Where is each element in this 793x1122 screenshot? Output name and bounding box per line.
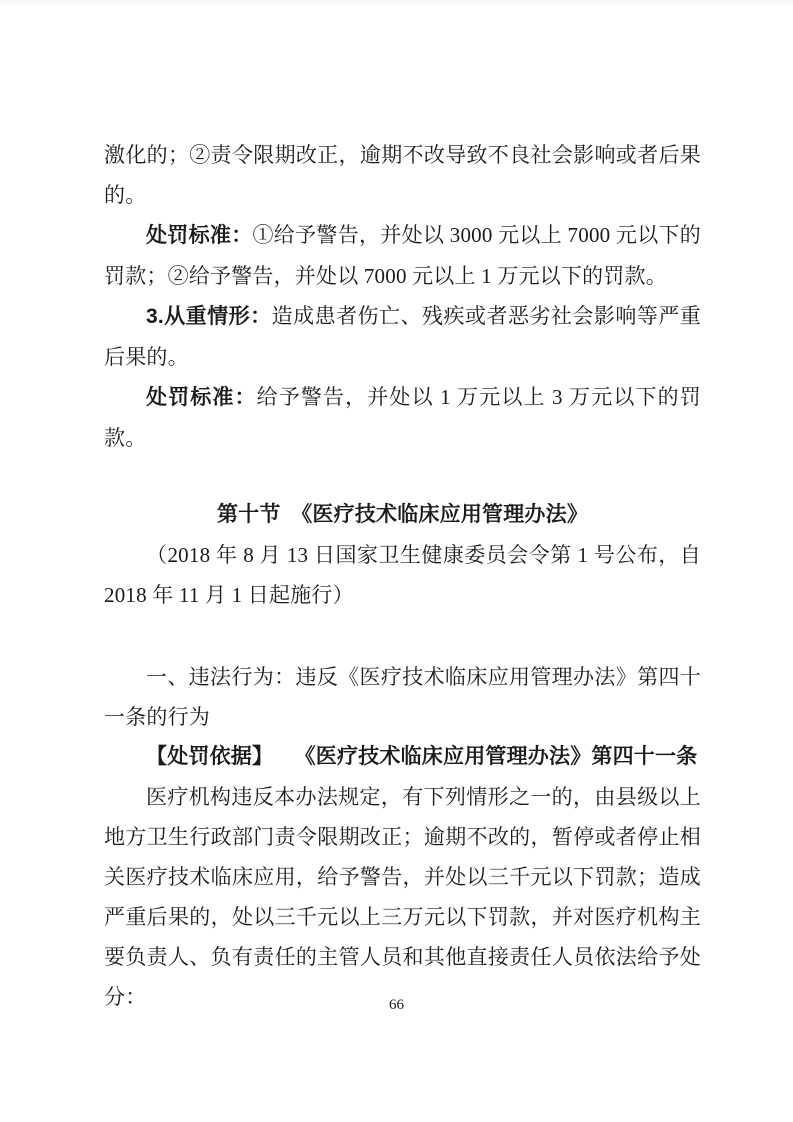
paragraph-promulgation-note: （2018 年 8 月 13 日国家卫生健康委员会令第 1 号公布，自 2018… <box>104 535 701 615</box>
section-heading: 第十节 《医疗技术临床应用管理办法》 <box>104 495 701 535</box>
paragraph-penalty-basis: 【处罚依据】 《医疗技术临床应用管理办法》第四十一条 <box>104 737 701 777</box>
document-content: 激化的；②责令限期改正，逾期不改导致不良社会影响或者后果的。 处罚标准：①给予警… <box>104 135 701 1017</box>
paragraph-aggravating-circumstance: 3.从重情形：造成患者伤亡、残疾或者恶劣社会影响等严重后果的。 <box>104 296 701 377</box>
paragraph-legal-provision: 医疗机构违反本办法规定，有下列情形之一的，由县级以上地方卫生行政部门责令限期改正… <box>104 777 701 1017</box>
paragraph-illegal-act: 一、违法行为：违反《医疗技术临床应用管理办法》第四十一条的行为 <box>104 657 701 737</box>
paragraph-continuation: 激化的；②责令限期改正，逾期不改导致不良社会影响或者后果的。 <box>104 135 701 215</box>
page-number: 66 <box>0 995 793 1015</box>
paragraph-penalty-standard-2: 处罚标准：给予警告，并处以 1 万元以上 3 万元以下的罚款。 <box>104 377 701 458</box>
document-page: 激化的；②责令限期改正，逾期不改导致不良社会影响或者后果的。 处罚标准：①给予警… <box>0 0 793 1122</box>
penalty-standard-2-label: 处罚标准： <box>146 386 257 409</box>
paragraph-penalty-standard-1: 处罚标准：①给予警告，并处以 3000 元以上 7000 元以下的罚款；②给予警… <box>104 215 701 296</box>
aggravating-circumstance-label: 3.从重情形： <box>146 305 272 328</box>
penalty-standard-1-label: 处罚标准： <box>146 224 253 247</box>
